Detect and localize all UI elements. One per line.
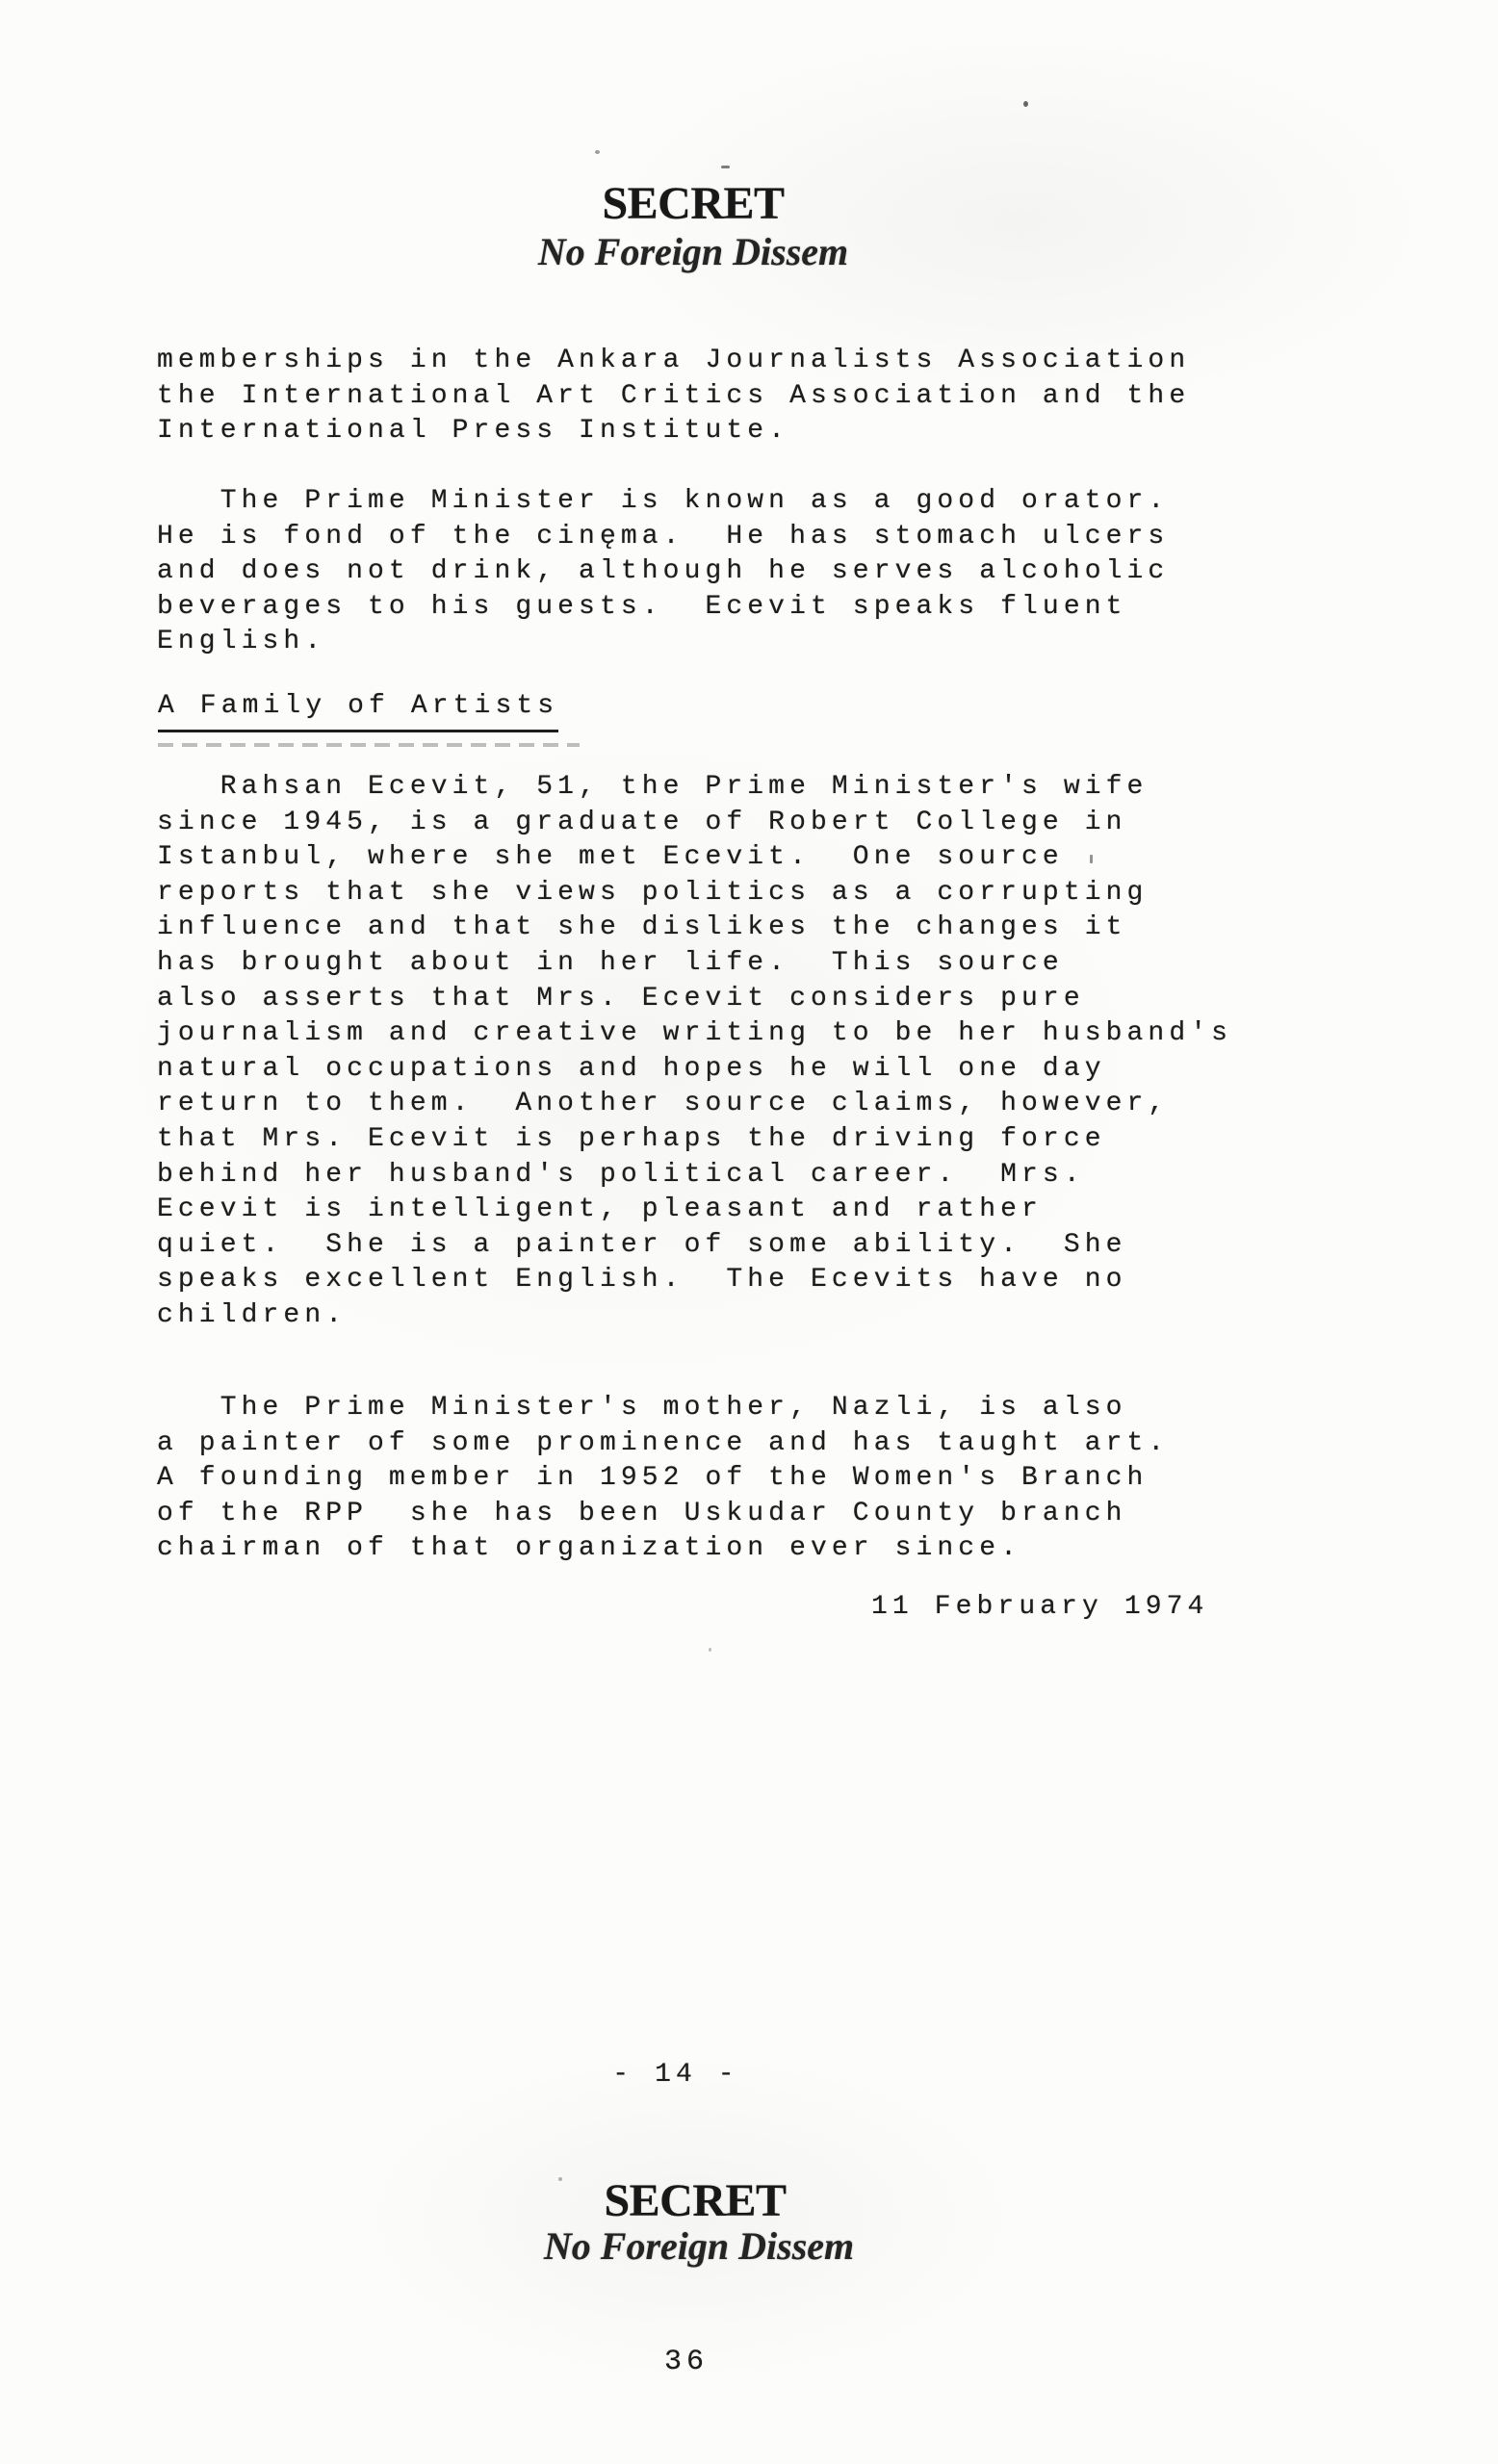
body-paragraph-memberships: memberships in the Ankara Journalists As…: [157, 344, 1190, 449]
section-heading-family-of-artists: A Family of Artists: [158, 689, 558, 732]
scan-speck: [1090, 855, 1093, 863]
top-caveat: No Foreign Dissem: [0, 229, 1386, 274]
body-paragraph-prime-minister: The Prime Minister is known as a good or…: [157, 484, 1169, 660]
body-paragraph-mother-nazli: The Prime Minister's mother, Nazli, is a…: [157, 1391, 1169, 1567]
document-page: SECRET No Foreign Dissem memberships in …: [0, 0, 1498, 2464]
page-dash-number: - 14 -: [0, 2058, 1352, 2093]
date-line: 11 February 1974: [871, 1590, 1208, 1626]
heading-underline-smudge: [158, 743, 580, 747]
scan-speck: [558, 2177, 562, 2181]
section-heading-text: A Family of Artists: [158, 689, 558, 732]
scan-speck: [1023, 101, 1028, 107]
body-paragraph-rahsan-ecevit: Rahsan Ecevit, 51, the Prime Minister's …: [157, 770, 1232, 1334]
scan-speck: [721, 166, 730, 168]
footer-page-number: 36: [0, 2345, 1373, 2380]
footer-caveat: No Foreign Dissem: [0, 2223, 1398, 2269]
footer-classification-banner: SECRET: [0, 2174, 1390, 2227]
scan-speck: [709, 1648, 711, 1652]
top-classification-banner: SECRET: [0, 177, 1386, 230]
scan-speck: [595, 150, 600, 154]
